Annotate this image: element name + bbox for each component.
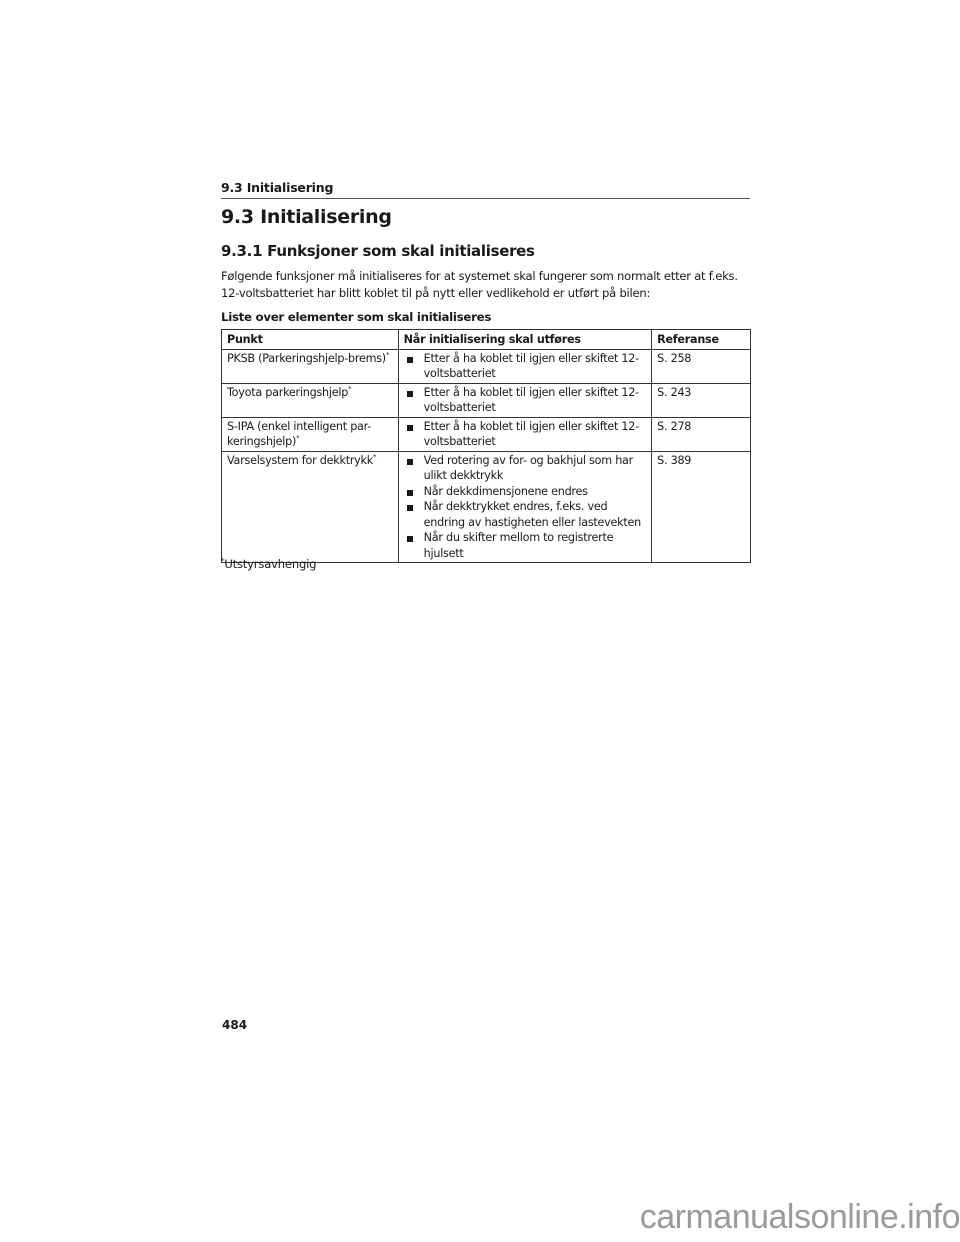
table-row: Toyota parkeringshjelp*Etter å ha koblet…	[222, 383, 751, 417]
table-row: S-IPA (enkel intelligent par-keringshjel…	[222, 417, 751, 451]
table-row: Varselsystem for dekktrykk*Ved rotering …	[222, 451, 751, 563]
condition-item: Etter å ha koblet til igjen eller skifte…	[404, 351, 645, 382]
cell-reference[interactable]: S. 278	[652, 417, 751, 451]
footnote-text: Utstyrsavhengig	[224, 557, 316, 571]
equipment-dependent-marker: *	[296, 434, 299, 442]
cell-item: Toyota parkeringshjelp*	[222, 383, 399, 417]
watermark[interactable]: carmanualsonline.info	[640, 1198, 960, 1237]
conditions-list: Etter å ha koblet til igjen eller skifte…	[404, 385, 645, 416]
condition-item: Når du skifter mellom to registrerte hju…	[404, 530, 645, 561]
table-title: Liste over elementer som skal initialise…	[221, 310, 491, 324]
running-head: 9.3 Initialisering	[221, 180, 750, 199]
condition-item: Når dekktrykket endres, f.eks. ved endri…	[404, 499, 645, 530]
cell-reference[interactable]: S. 389	[652, 451, 751, 563]
initialization-table: Punkt Når initialisering skal utføres Re…	[221, 329, 751, 563]
equipment-dependent-marker: *	[373, 453, 376, 461]
header-when: Når initialisering skal utføres	[398, 330, 651, 350]
cell-conditions: Etter å ha koblet til igjen eller skifte…	[398, 349, 651, 383]
section-title: 9.3 Initialisering	[221, 206, 392, 228]
footnote: *Utstyrsavhengig	[221, 557, 316, 571]
cell-reference[interactable]: S. 258	[652, 349, 751, 383]
cell-conditions: Etter å ha koblet til igjen eller skifte…	[398, 383, 651, 417]
cell-item: Varselsystem for dekktrykk*	[222, 451, 399, 563]
table-header-row: Punkt Når initialisering skal utføres Re…	[222, 330, 751, 350]
header-reference: Referanse	[652, 330, 751, 350]
cell-reference[interactable]: S. 243	[652, 383, 751, 417]
table-row: PKSB (Parkeringshjelp-brems)*Etter å ha …	[222, 349, 751, 383]
condition-item: Etter å ha koblet til igjen eller skifte…	[404, 385, 645, 416]
subsection-title: 9.3.1 Funksjoner som skal initialiseres	[221, 242, 535, 260]
item-label: Toyota parkeringshjelp	[227, 386, 348, 399]
conditions-list: Ved rotering av for- og bakhjul som har …	[404, 453, 645, 562]
condition-item: Når dekkdimensjonene endres	[404, 484, 645, 500]
condition-item: Etter å ha koblet til igjen eller skifte…	[404, 419, 645, 450]
header-punkt: Punkt	[222, 330, 399, 350]
condition-item: Ved rotering av for- og bakhjul som har …	[404, 453, 645, 484]
intro-paragraph: Følgende funksjoner må initialiseres for…	[221, 268, 750, 302]
page-number: 484	[222, 1018, 247, 1032]
cell-conditions: Ved rotering av for- og bakhjul som har …	[398, 451, 651, 563]
item-label: Varselsystem for dekktrykk	[227, 454, 373, 467]
cell-conditions: Etter å ha koblet til igjen eller skifte…	[398, 417, 651, 451]
equipment-dependent-marker: *	[348, 385, 351, 393]
conditions-list: Etter å ha koblet til igjen eller skifte…	[404, 419, 645, 450]
cell-item: S-IPA (enkel intelligent par-keringshjel…	[222, 417, 399, 451]
item-label: PKSB (Parkeringshjelp-brems)	[227, 352, 386, 365]
conditions-list: Etter å ha koblet til igjen eller skifte…	[404, 351, 645, 382]
cell-item: PKSB (Parkeringshjelp-brems)*	[222, 349, 399, 383]
equipment-dependent-marker: *	[386, 351, 389, 359]
